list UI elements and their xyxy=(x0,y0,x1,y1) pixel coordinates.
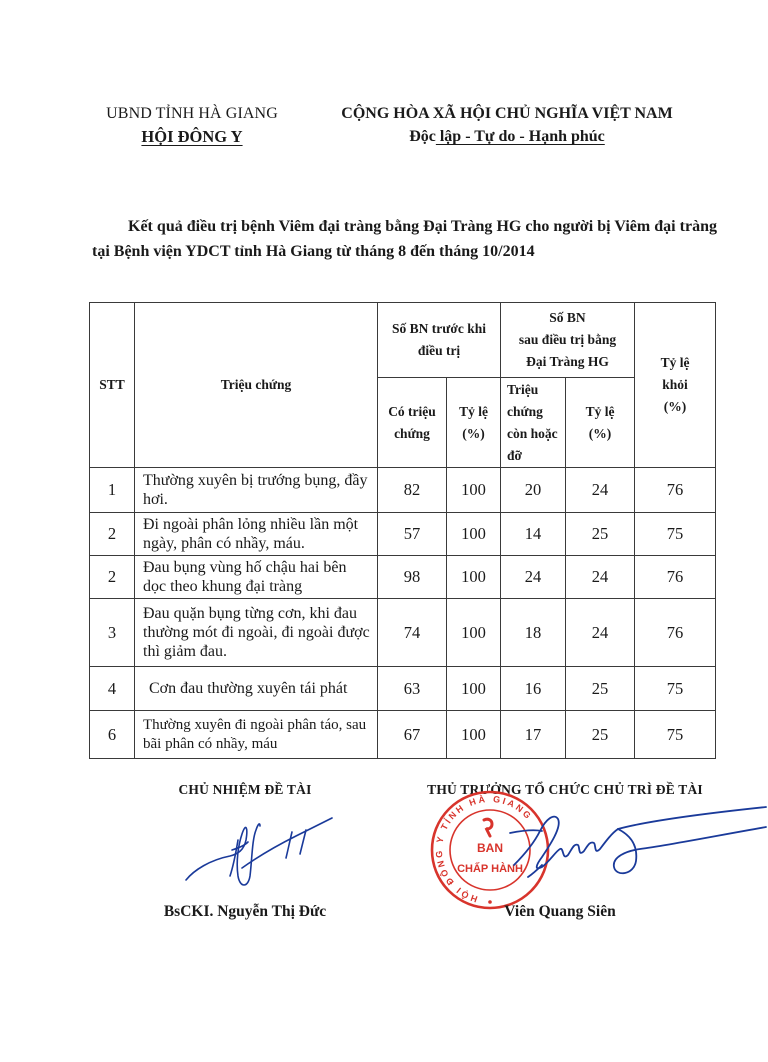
issuer-organization: HỘI ĐÔNG Y xyxy=(141,126,242,148)
header-after-count: Triệu chứng còn hoặc đỡ xyxy=(501,378,566,468)
cell-after-count: 24 xyxy=(501,556,566,599)
stamp-center-line1: BAN xyxy=(477,841,503,855)
national-motto-block: CỘNG HÒA XÃ HỘI CHỦ NGHĨA VIỆT NAM Độc l… xyxy=(312,104,702,148)
header-stt: STT xyxy=(90,303,135,468)
motto-prefix: Độc xyxy=(409,128,436,145)
header-before-count-label: Có triệu chứng xyxy=(388,404,436,441)
header-symptom: Triệu chứng xyxy=(135,303,378,468)
cell-symptom: Thường xuyên bị trướng bụng, đầy hơi. xyxy=(135,468,378,513)
header-after-rate-label: Tỷ lệ (%) xyxy=(586,404,615,441)
cell-after-count: 20 xyxy=(501,468,566,513)
cell-before-rate: 100 xyxy=(447,556,501,599)
left-signer-name: BsCKI. Nguyễn Thị Đức xyxy=(120,903,370,921)
cell-after-rate: 25 xyxy=(566,513,635,556)
left-signer-title: CHỦ NHIỆM ĐỀ TÀI xyxy=(120,782,370,798)
issuer-block: UBND TỈNH HÀ GIANG HỘI ĐÔNG Y xyxy=(92,104,292,148)
left-signature-icon xyxy=(180,810,340,900)
cell-before-count: 57 xyxy=(378,513,447,556)
header-after-line1: Số BN xyxy=(501,307,634,329)
stamp-center-line2: CHẤP HÀNH xyxy=(457,862,523,875)
cell-before-rate: 100 xyxy=(447,599,501,667)
cell-after-rate: 24 xyxy=(566,468,635,513)
cell-after-rate: 24 xyxy=(566,599,635,667)
header-before-rate: Tỷ lệ (%) xyxy=(447,378,501,468)
table-row: 3 Đau quặn bụng từng cơn, khi đau thường… xyxy=(90,599,716,667)
cell-cure-rate: 76 xyxy=(635,468,716,513)
cell-stt: 2 xyxy=(90,556,135,599)
header-after-line2: sau điều trị bằng xyxy=(501,329,634,351)
header-after-group: Số BN sau điều trị bằng Đại Tràng HG xyxy=(501,303,635,378)
header-after-rate: Tỷ lệ (%) xyxy=(566,378,635,468)
cell-symptom: Đi ngoài phân lỏng nhiều lần một ngày, p… xyxy=(135,513,378,556)
cell-stt: 6 xyxy=(90,711,135,759)
table-row: 2 Đi ngoài phân lỏng nhiều lần một ngày,… xyxy=(90,513,716,556)
header-cure-rate: Tỷ lệ khỏi (%) xyxy=(635,303,716,468)
cell-before-count: 63 xyxy=(378,667,447,711)
cell-stt: 1 xyxy=(90,468,135,513)
cell-symptom: Thường xuyên đi ngoài phân táo, sau bãi … xyxy=(135,711,378,759)
table-row: 6 Thường xuyên đi ngoài phân táo, sau bã… xyxy=(90,711,716,759)
national-motto: Độc lập - Tự do - Hạnh phúc xyxy=(409,126,605,148)
table-row: 4 Cơn đau thường xuyên tái phát 63 100 1… xyxy=(90,667,716,711)
cell-before-rate: 100 xyxy=(447,667,501,711)
motto-underlined: lập - Tự do - Hạnh phúc xyxy=(436,128,605,145)
cell-stt: 3 xyxy=(90,599,135,667)
cell-cure-rate: 75 xyxy=(635,667,716,711)
header-after-count-label: Triệu chứng còn hoặc đỡ xyxy=(507,382,558,463)
cell-stt: 4 xyxy=(90,667,135,711)
cell-after-count: 14 xyxy=(501,513,566,556)
cell-stt: 2 xyxy=(90,513,135,556)
header-before-rate-label: Tỷ lệ (%) xyxy=(459,404,488,441)
cell-before-count: 82 xyxy=(378,468,447,513)
cell-cure-rate: 75 xyxy=(635,711,716,759)
cell-after-count: 17 xyxy=(501,711,566,759)
table-row: 2 Đau bụng vùng hố chậu hai bên dọc theo… xyxy=(90,556,716,599)
header-before-group: Số BN trước khi điều trị xyxy=(378,303,501,378)
right-signature-icon xyxy=(520,805,768,915)
cell-cure-rate: 75 xyxy=(635,513,716,556)
header-before-group-label: Số BN trước khi điều trị xyxy=(392,321,486,358)
cell-cure-rate: 76 xyxy=(635,556,716,599)
right-signer-name: Viên Quang Siên xyxy=(420,903,700,921)
cell-symptom: Cơn đau thường xuyên tái phát xyxy=(135,667,378,711)
cell-before-rate: 100 xyxy=(447,468,501,513)
cell-after-count: 18 xyxy=(501,599,566,667)
cell-before-count: 74 xyxy=(378,599,447,667)
cell-after-rate: 25 xyxy=(566,667,635,711)
country-name: CỘNG HÒA XÃ HỘI CHỦ NGHĨA VIỆT NAM xyxy=(312,104,702,124)
document-title: Kết quả điều trị bệnh Viêm đại tràng bằn… xyxy=(92,214,717,264)
cell-after-rate: 24 xyxy=(566,556,635,599)
cell-before-rate: 100 xyxy=(447,513,501,556)
cell-after-rate: 25 xyxy=(566,711,635,759)
header-before-count: Có triệu chứng xyxy=(378,378,447,468)
cell-cure-rate: 76 xyxy=(635,599,716,667)
cell-symptom: Đau quặn bụng từng cơn, khi đau thường m… xyxy=(135,599,378,667)
header-after-line3: Đại Tràng HG xyxy=(501,351,634,373)
table-row: 1 Thường xuyên bị trướng bụng, đầy hơi. … xyxy=(90,468,716,513)
cell-symptom: Đau bụng vùng hố chậu hai bên dọc theo k… xyxy=(135,556,378,599)
results-table: STT Triệu chứng Số BN trước khi điều trị… xyxy=(89,302,716,759)
cell-after-count: 16 xyxy=(501,667,566,711)
cell-before-count: 98 xyxy=(378,556,447,599)
cell-before-rate: 100 xyxy=(447,711,501,759)
header-cure-rate-label: Tỷ lệ khỏi (%) xyxy=(661,355,690,414)
issuer-province: UBND TỈNH HÀ GIANG xyxy=(92,104,292,124)
cell-before-count: 67 xyxy=(378,711,447,759)
